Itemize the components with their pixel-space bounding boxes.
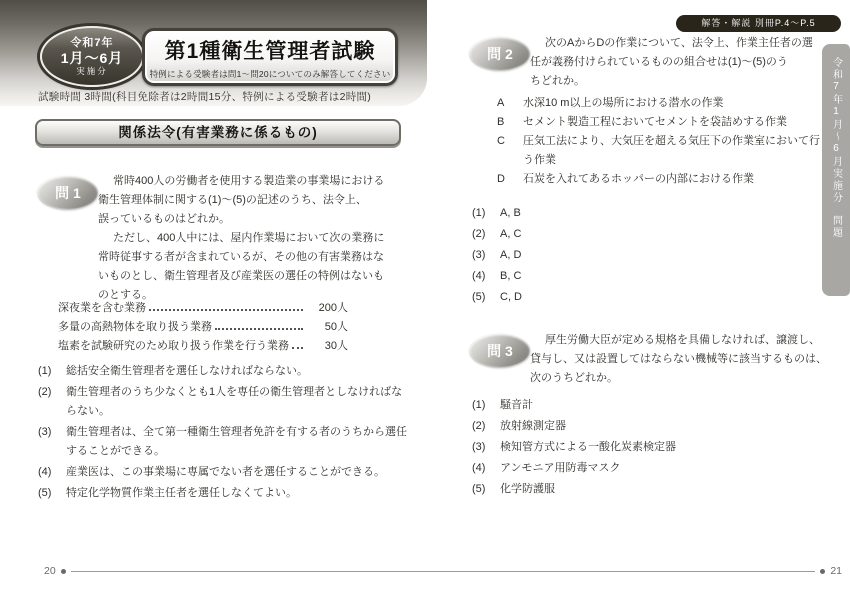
option-text: A, C [500,225,672,244]
option-number: (4) [472,267,500,286]
option-number: (1) [472,396,500,415]
item-row: D 石炭を入れてあるホッパーの内部における作業 [497,170,835,189]
option-row: (2) 衛生管理者のうち少なくとも1人を専任の衛生管理者としなければならない。 [38,383,412,421]
option-number: (1) [472,204,500,223]
question2-options: (1) A, B (2) A, C (3) A, D (4) B, C (5) … [472,204,672,309]
option-number: (2) [472,417,500,436]
side-tab-label: 問題 [829,215,844,239]
option-text: 検知管方式による一酸化炭素検定器 [500,438,802,457]
footer-rule-line [71,571,816,572]
era-badge: 令和7年 1月〜6月 実施分 [40,26,144,87]
worker-row: 塩素を試験研究のため取り扱う作業を行う業務 30人 [58,337,348,356]
worker-count: 30人 [306,337,348,356]
item-row: C 圧気工法により、大気圧を超える気圧下の作業室において行う作業 [497,132,835,170]
option-number: (3) [472,246,500,265]
option-text: アンモニア用防毒マスク [500,459,802,478]
item-letter: B [497,113,523,132]
question1-options: (1) 総括安全衛生管理者を選任しなければならない。 (2) 衛生管理者のうち少… [38,362,412,505]
question3-line: 貸与し、又は設置してはならない機械等に該当するものは、 [530,350,840,369]
era-badge-line1: 令和7年 [70,37,113,50]
option-text: 化学防護服 [500,480,802,499]
option-number: (2) [472,225,500,244]
question2-item-list: A 水深10 m以上の場所における潜水の作業 B セメント製造工程においてセメン… [497,94,835,189]
footer-dot [61,569,66,574]
option-row: (3) 検知管方式による一酸化炭素検定器 [472,438,802,457]
item-letter: C [497,132,523,170]
option-text: C, D [500,288,672,307]
item-text: セメント製造工程においてセメントを袋詰めする作業 [523,113,835,132]
option-number: (5) [38,484,66,503]
question1-line: 衛生管理体制に関する(1)〜(5)の記述のうち、法令上、 [98,191,412,210]
option-row: (5) C, D [472,288,672,307]
question1-worker-table: 深夜業を含む業務 200人 多量の高熱物体を取り扱う業務 50人 塩素を試験研究… [58,299,348,356]
dotted-leader [149,299,303,318]
option-text: A, D [500,246,672,265]
question2-badge: 問 2 [470,37,530,70]
option-row: (2) A, C [472,225,672,244]
worker-label: 深夜業を含む業務 [58,299,146,318]
option-text: 衛生管理者のうち少なくとも1人を専任の衛生管理者としなければならない。 [66,383,412,421]
page-number-left: 20 [44,565,56,577]
option-row: (3) A, D [472,246,672,265]
question1-line: 誤っているものはどれか。 [98,210,412,229]
question2-line: 次のAからDの作業について、法令上、作業主任者の選 [530,34,836,53]
section-header: 関係法令(有害業務に係るもの) [35,119,401,146]
era-badge-line2: 1月〜6月 [61,50,124,66]
answer-reference-badge: 解答・解説 別冊P.4〜P.5 [676,15,841,32]
item-text: 石炭を入れてあるホッパーの内部における作業 [523,170,835,189]
exam-title-note: 特例による受験者は問1〜問20についてのみ解答してください [145,68,395,80]
question3-options: (1) 騒音計 (2) 放射線測定器 (3) 検知管方式による一酸化炭素検定器 … [472,396,802,501]
option-text: 総括安全衛生管理者を選任しなければならない。 [66,362,412,381]
item-row: A 水深10 m以上の場所における潜水の作業 [497,94,835,113]
question3-badge: 問 3 [470,334,530,367]
option-number: (5) [472,288,500,307]
era-badge-line3: 実施分 [76,66,108,77]
worker-count: 50人 [306,318,348,337]
question1-line: 常時従事する者が含まれているが、その他の有害業務はな [98,248,412,267]
option-text: 産業医は、この事業場に専属でない者を選任することができる。 [66,463,412,482]
question3-body: 厚生労働大臣が定める規格を具備しなければ、譲渡し、 貸与し、又は設置してはならな… [530,331,840,388]
exam-title: 第1種衛生管理者試験 [145,35,395,65]
item-row: B セメント製造工程においてセメントを袋詰めする作業 [497,113,835,132]
option-row: (2) 放射線測定器 [472,417,802,436]
option-number: (4) [38,463,66,482]
option-number: (5) [472,480,500,499]
question1-body: 常時400人の労働者を使用する製造業の事業場における 衛生管理体制に関する(1)… [98,172,412,305]
option-number: (3) [38,423,66,461]
exam-booklet-spread: 令和7年 1月〜6月 実施分 第1種衛生管理者試験 特例による受験者は問1〜問2… [0,0,850,602]
item-text: 水深10 m以上の場所における潜水の作業 [523,94,835,113]
footer-dot [820,569,825,574]
question2-line: ちどれか。 [530,72,836,91]
question1-badge: 問 1 [38,176,98,209]
option-row: (1) A, B [472,204,672,223]
option-row: (4) アンモニア用防毒マスク [472,459,802,478]
option-row: (5) 化学防護服 [472,480,802,499]
footer-page-rule: 20 21 [44,565,842,577]
option-text: 騒音計 [500,396,802,415]
option-text: 放射線測定器 [500,417,802,436]
option-text: B, C [500,267,672,286]
question2-body: 次のAからDの作業について、法令上、作業主任者の選 任が義務付けられているものの… [530,34,836,91]
question1-line: 常時400人の労働者を使用する製造業の事業場における [98,172,412,191]
exam-title-box: 第1種衛生管理者試験 特例による受験者は問1〜問20についてのみ解答してください [142,28,398,86]
option-number: (3) [472,438,500,457]
item-text: 圧気工法により、大気圧を超える気圧下の作業室において行う作業 [523,132,823,170]
item-letter: D [497,170,523,189]
worker-row: 多量の高熱物体を取り扱う業務 50人 [58,318,348,337]
worker-label: 多量の高熱物体を取り扱う業務 [58,318,212,337]
item-letter: A [497,94,523,113]
dotted-leader [215,318,303,337]
question3-line: 次のうちどれか。 [530,369,840,388]
question2-line: 任が義務付けられているものの組合せは(1)〜(5)のう [530,53,836,72]
option-row: (1) 騒音計 [472,396,802,415]
worker-row: 深夜業を含む業務 200人 [58,299,348,318]
exam-time-note: 試験時間 3時間(科目免除者は2時間15分、特例による受験者は2時間) [38,89,371,104]
option-number: (1) [38,362,66,381]
question1-line: いものとし、衛生管理者及び産業医の選任の特例はないも [98,267,412,286]
option-row: (3) 衛生管理者は、全て第一種衛生管理者免許を有する者のうちから選任することが… [38,423,412,461]
page-number-right: 21 [830,565,842,577]
option-text: A, B [500,204,672,223]
option-number: (2) [38,383,66,421]
option-text: 衛生管理者は、全て第一種衛生管理者免許を有する者のうちから選任することができる。 [66,423,412,461]
question3-line: 厚生労働大臣が定める規格を具備しなければ、譲渡し、 [530,331,840,350]
option-row: (1) 総括安全衛生管理者を選任しなければならない。 [38,362,412,381]
worker-count: 200人 [306,299,348,318]
option-row: (5) 特定化学物質作業主任者を選任しなくてよい。 [38,484,412,503]
option-row: (4) 産業医は、この事業場に専属でない者を選任することができる。 [38,463,412,482]
question1-line: ただし、400人中には、屋内作業場において次の業務に [98,229,412,248]
dotted-leader [292,337,303,356]
option-text: 特定化学物質作業主任者を選任しなくてよい。 [66,484,412,503]
option-number: (4) [472,459,500,478]
worker-label: 塩素を試験研究のため取り扱う作業を行う業務 [58,337,289,356]
option-row: (4) B, C [472,267,672,286]
